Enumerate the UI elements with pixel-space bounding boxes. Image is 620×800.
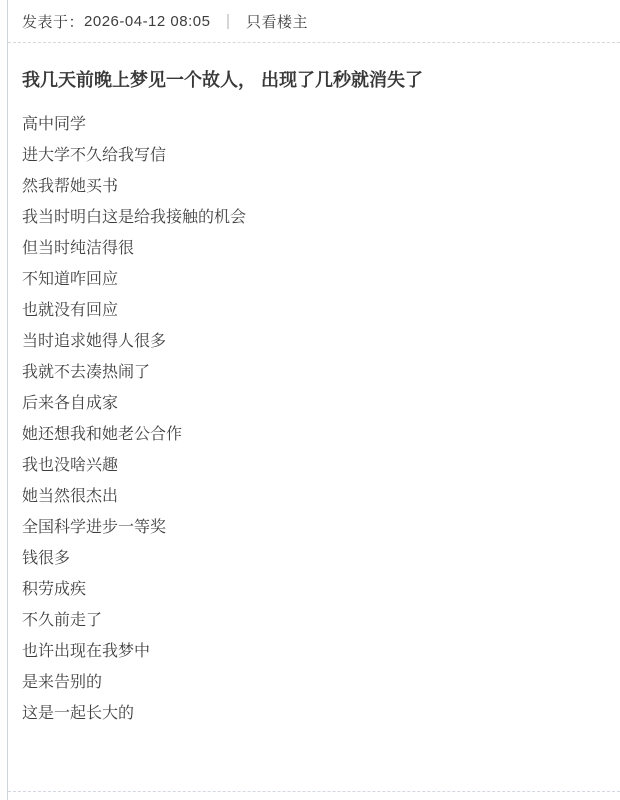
post-line: 也就没有回应 [22, 295, 604, 326]
post-body: 我几天前晚上梦见一个故人， 出现了几秒就消失了 高中同学进大学不久给我写信然我帮… [8, 67, 620, 729]
post-line: 我当时明白这是给我接触的机会 [22, 202, 604, 233]
post-line: 我也没啥兴趣 [22, 450, 604, 481]
post-title: 我几天前晚上梦见一个故人， 出现了几秒就消失了 [22, 67, 604, 93]
post-line: 然我帮她买书 [22, 171, 604, 202]
post-timestamp: 2026-04-12 08:05 [84, 13, 210, 30]
post-line: 全国科学进步一等奖 [22, 512, 604, 543]
post-line: 积劳成疾 [22, 574, 604, 605]
post-line: 我就不去凑热闹了 [22, 357, 604, 388]
forum-post-page: 发表于：2026-04-12 08:05 ｜ 只看楼主 我几天前晚上梦见一个故人… [0, 0, 620, 800]
posted-at-label: 发表于： [22, 11, 84, 32]
post-line: 是来告别的 [22, 667, 604, 698]
post-content-area: 发表于：2026-04-12 08:05 ｜ 只看楼主 我几天前晚上梦见一个故人… [8, 0, 620, 800]
post-line: 但当时纯洁得很 [22, 233, 604, 264]
post-line: 高中同学 [22, 109, 604, 140]
post-line: 钱很多 [22, 543, 604, 574]
post-line: 不久前走了 [22, 605, 604, 636]
post-meta-bar: 发表于：2026-04-12 08:05 ｜ 只看楼主 [8, 0, 620, 43]
post-line: 这是一起长大的 [22, 698, 604, 729]
post-line: 她还想我和她老公合作 [22, 419, 604, 450]
post-line: 后来各自成家 [22, 388, 604, 419]
separator-bar: ｜ [220, 11, 236, 32]
bottom-divider [8, 791, 620, 792]
post-line: 不知道咋回应 [22, 264, 604, 295]
post-text: 高中同学进大学不久给我写信然我帮她买书我当时明白这是给我接触的机会但当时纯洁得很… [22, 109, 604, 729]
view-author-only-link[interactable]: 只看楼主 [246, 11, 308, 32]
post-line: 当时追求她得人很多 [22, 326, 604, 357]
post-line: 进大学不久给我写信 [22, 140, 604, 171]
post-line: 她当然很杰出 [22, 481, 604, 512]
post-line: 也许出现在我梦中 [22, 636, 604, 667]
